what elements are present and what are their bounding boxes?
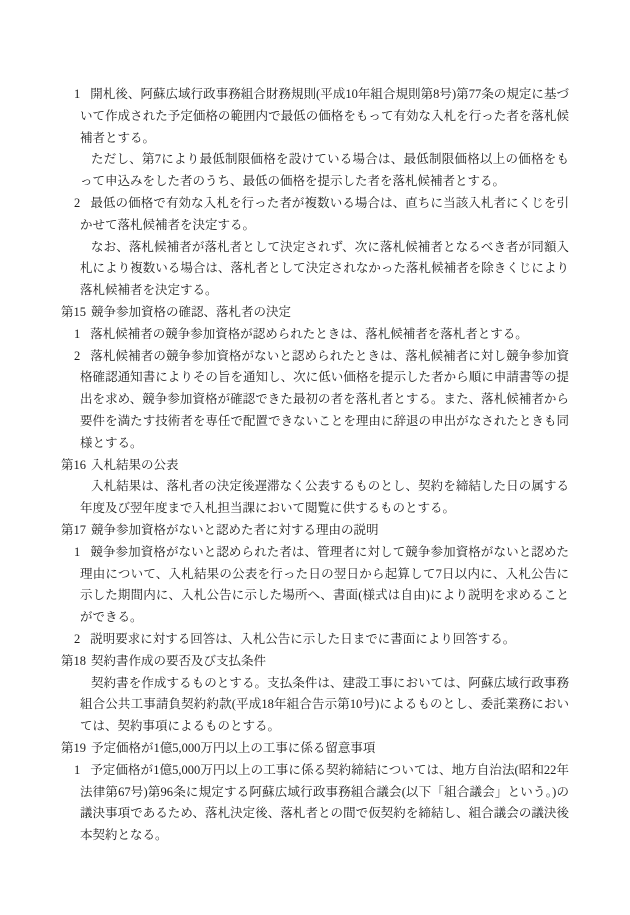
indented-paragraph: 入札結果は、落札者の決定後遅滞なく公表するものとし、契約を締結した日の属する年度… — [61, 476, 569, 520]
indented-paragraph: なお、落札候補者が落札者として決定されず、次に落札候補者となるべき者が同額入札に… — [61, 237, 569, 302]
section-number: 第17 — [61, 523, 86, 537]
numbered-item: 1競争参加資格がないと認められた者は、管理者に対して競争参加資格がないと認めた理… — [61, 542, 569, 629]
body-text: 予定価格が1億5,000万円以上の工事に係る契約締結については、地方自治法(昭和… — [80, 763, 569, 842]
section-heading: 第16入札結果の公表 — [61, 455, 569, 477]
document-body: 1開札後、阿蘇広域行政事務組合財務規則(平成10年組合規則第8号)第77条の規定… — [61, 84, 569, 847]
section-heading: 第15競争参加資格の確認、落札者の決定 — [61, 302, 569, 324]
item-number: 1 — [74, 545, 80, 559]
item-number: 1 — [74, 327, 80, 341]
body-text: 競争参加資格がないと認められた者は、管理者に対して競争参加資格がないと認めた理由… — [80, 545, 569, 624]
numbered-item: 1予定価格が1億5,000万円以上の工事に係る契約締結については、地方自治法(昭… — [61, 760, 569, 847]
section-title: 予定価格が1億5,000万円以上の工事に係る留意事項 — [91, 741, 375, 755]
numbered-item: 2説明要求に対する回答は、入札公告に示した日までに書面により回答する。 — [61, 629, 569, 651]
numbered-item: 1落札候補者の競争参加資格が認められたときは、落札候補者を落札者とする。 — [61, 324, 569, 346]
section-number: 第19 — [61, 741, 86, 755]
body-text: ただし、第7により最低制限価格を設けている場合は、最低制限価格以上の価格をもって… — [80, 152, 569, 188]
item-number: 1 — [74, 87, 80, 101]
section-title: 競争参加資格の確認、落札者の決定 — [91, 305, 291, 319]
body-text: なお、落札候補者が落札者として決定されず、次に落札候補者となるべき者が同額入札に… — [80, 240, 569, 298]
section-number: 第18 — [61, 654, 86, 668]
item-number: 2 — [74, 349, 80, 363]
body-text: 最低の価格で有効な入札を行った者が複数いる場合は、直ちに当該入札者にくじを引かせ… — [80, 196, 569, 232]
body-text: 落札候補者の競争参加資格がないと認められたときは、落札候補者に対し競争参加資格確… — [80, 349, 569, 450]
indented-paragraph: ただし、第7により最低制限価格を設けている場合は、最低制限価格以上の価格をもって… — [61, 149, 569, 193]
section-heading: 第19予定価格が1億5,000万円以上の工事に係る留意事項 — [61, 738, 569, 760]
section-title: 契約書作成の要否及び支払条件 — [91, 654, 266, 668]
body-text: 契約書を作成するものとする。支払条件は、建設工事においては、阿蘇広域行政事務組合… — [80, 676, 569, 734]
section-title: 入札結果の公表 — [91, 458, 179, 472]
section-number: 第16 — [61, 458, 86, 472]
section-number: 第15 — [61, 305, 86, 319]
section-heading: 第17競争参加資格がないと認めた者に対する理由の説明 — [61, 520, 569, 542]
section-heading: 第18契約書作成の要否及び支払条件 — [61, 651, 569, 673]
item-number: 2 — [74, 196, 80, 210]
body-text: 説明要求に対する回答は、入札公告に示した日までに書面により回答する。 — [90, 632, 515, 646]
document-page: 1開札後、阿蘇広域行政事務組合財務規則(平成10年組合規則第8号)第77条の規定… — [0, 0, 630, 915]
section-title: 競争参加資格がないと認めた者に対する理由の説明 — [91, 523, 379, 537]
numbered-item: 1開札後、阿蘇広域行政事務組合財務規則(平成10年組合規則第8号)第77条の規定… — [61, 84, 569, 149]
body-text: 入札結果は、落札者の決定後遅滞なく公表するものとし、契約を締結した日の属する年度… — [80, 479, 569, 515]
body-text: 落札候補者の競争参加資格が認められたときは、落札候補者を落札者とする。 — [90, 327, 528, 341]
item-number: 1 — [74, 763, 80, 777]
numbered-item: 2落札候補者の競争参加資格がないと認められたときは、落札候補者に対し競争参加資格… — [61, 346, 569, 455]
numbered-item: 2最低の価格で有効な入札を行った者が複数いる場合は、直ちに当該入札者にくじを引か… — [61, 193, 569, 237]
item-number: 2 — [74, 632, 80, 646]
body-text: 開札後、阿蘇広域行政事務組合財務規則(平成10年組合規則第8号)第77条の規定に… — [80, 87, 569, 145]
indented-paragraph: 契約書を作成するものとする。支払条件は、建設工事においては、阿蘇広域行政事務組合… — [61, 673, 569, 738]
